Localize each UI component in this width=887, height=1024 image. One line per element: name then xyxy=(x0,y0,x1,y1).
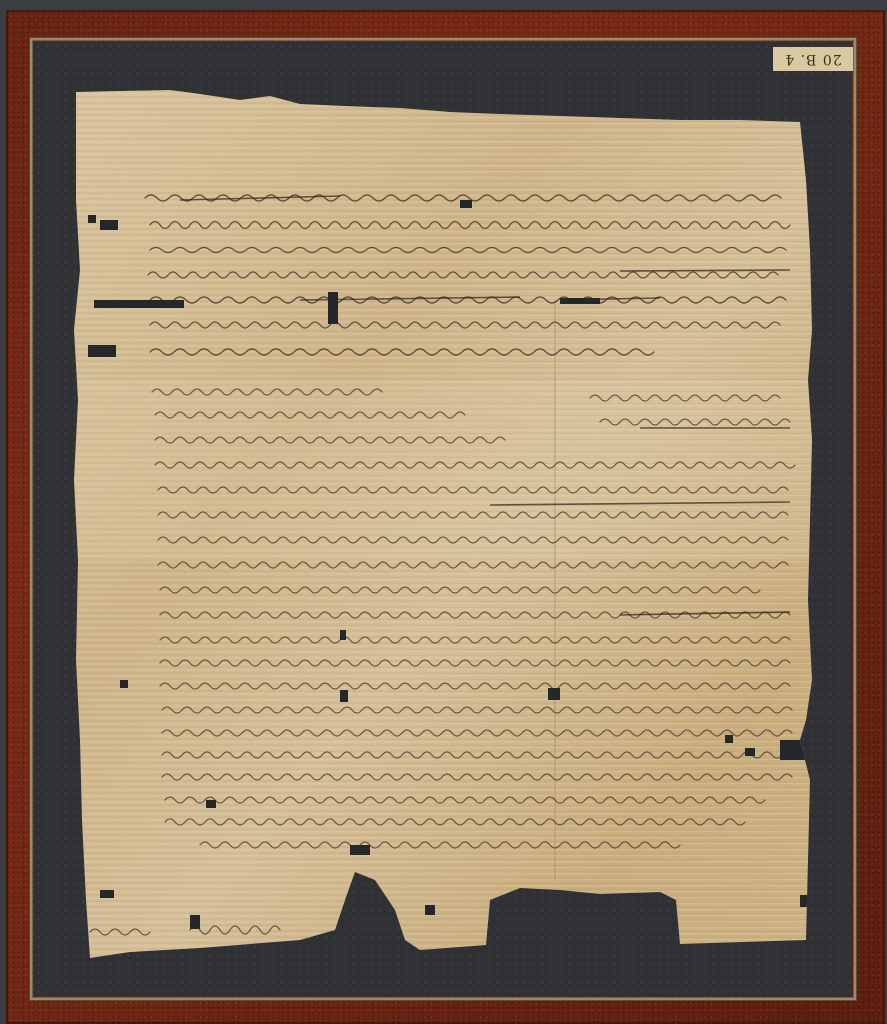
papyrus-sheet xyxy=(0,0,887,1024)
